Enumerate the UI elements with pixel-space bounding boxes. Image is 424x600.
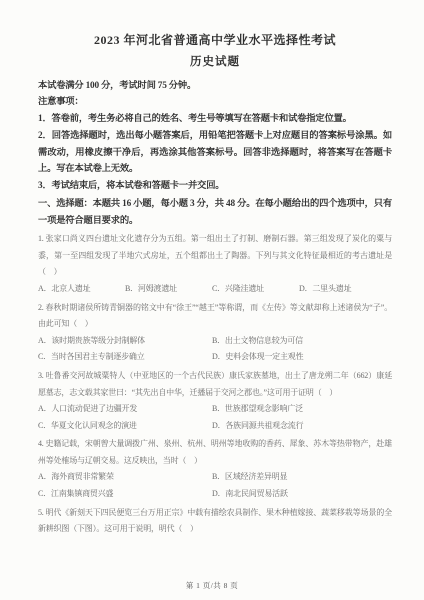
option-d: D．二里头遗址 xyxy=(299,281,392,298)
options-row: A．北京人遗址 B．河姆渡遗址 C．兴隆洼遗址 D．二里头遗址 xyxy=(38,281,392,298)
notice-item-2: 2．回答选择题时，选出每小题答案后，用铅笔把答题卡上对应题目的答案标号涂黑。如需… xyxy=(38,128,392,177)
exam-title: 2023 年河北省普通高中学业水平选择性考试 xyxy=(38,33,392,47)
options-grid: A．该时期贵族等级分封制解体 B．出土文物信息较为可信 C．当时各国君主专制逐步… xyxy=(38,333,392,366)
option-c: C．当时各国君主专制逐步确立 xyxy=(38,349,212,366)
section-heading: 一、选择题：本题共 16 小题，每小题 3 分，共 48 分。在每小题给出的四个… xyxy=(38,196,392,229)
option-a: A．海外商贸非常繁荣 xyxy=(38,469,212,486)
page-footer: 第 1 页/共 8 页 xyxy=(0,580,424,591)
option-d: D．各族同源共祖观念流行 xyxy=(212,418,392,435)
option-a: A．该时期贵族等级分封制解体 xyxy=(38,333,212,350)
option-a: A．北京人遗址 xyxy=(38,281,125,298)
notice-item-3: 3．考试结束后，将本试卷和答题卡一并交回。 xyxy=(38,178,392,194)
question-stem: 3. 吐鲁番交河故城粟特人（中亚地区的一个古代民族）康氏家族墓地，出土了唐龙朔二… xyxy=(38,368,392,401)
page-content: 2023 年河北省普通高中学业水平选择性考试 历史试题 本试卷满分 100 分，… xyxy=(0,0,424,538)
question-2: 2. 春秋时期诸侯所铸青铜器的铭文中有“徐王”“越王”等称谓，而《左传》等文献却… xyxy=(38,300,392,366)
option-c: C．江南集镇商贸兴盛 xyxy=(38,486,212,503)
exam-meta: 本试卷满分 100 分，考试时间 75 分钟。 xyxy=(38,78,392,94)
option-b: B．河姆渡遗址 xyxy=(125,281,212,298)
question-4: 4. 史籍记载，宋朝曾大量调拨广州、泉州、杭州、明州等地收购的香药、犀象、苏木等… xyxy=(38,436,392,502)
option-a: A．人口流动促进了边疆开发 xyxy=(38,401,212,418)
notice-item-1: 1．答卷前，考生务必将自己的姓名、考生号等填写在答题卡和试卷指定位置。 xyxy=(38,111,392,127)
question-stem: 2. 春秋时期诸侯所铸青铜器的铭文中有“徐王”“越王”等称谓，而《左传》等文献却… xyxy=(38,300,392,333)
question-1: 1. 张家口尚义四台遗址文化遗存分为五组。第一组出土了打制、磨制石器。第三组发现… xyxy=(38,231,392,297)
options-grid: A．海外商贸非常繁荣 B．区域经济差异明显 C．江南集镇商贸兴盛 D．南北民间贸… xyxy=(38,469,392,502)
option-b: B．出土文物信息较为可信 xyxy=(212,333,392,350)
question-stem: 5. 明代《新刻天下四民便览三台万用正宗》中载有描绘农具制作、果木种植嫁接、蔬菜… xyxy=(38,505,392,538)
question-5: 5. 明代《新刻天下四民便览三台万用正宗》中载有描绘农具制作、果木种植嫁接、蔬菜… xyxy=(38,505,392,538)
option-c: C．华夏文化认同观念的演进 xyxy=(38,418,212,435)
exam-paper-page: 2023 年河北省普通高中学业水平选择性考试 历史试题 本试卷满分 100 分，… xyxy=(0,0,424,600)
option-d: D．南北民间贸易活跃 xyxy=(212,486,392,503)
option-b: B．世族郡望观念影响广泛 xyxy=(212,401,392,418)
question-3: 3. 吐鲁番交河故城粟特人（中亚地区的一个古代民族）康氏家族墓地，出土了唐龙朔二… xyxy=(38,368,392,434)
options-grid: A．人口流动促进了边疆开发 B．世族郡望观念影响广泛 C．华夏文化认同观念的演进… xyxy=(38,401,392,434)
exam-subtitle: 历史试题 xyxy=(38,56,392,69)
option-d: D．史料会体现一定主观性 xyxy=(212,349,392,366)
question-stem: 1. 张家口尚义四台遗址文化遗存分为五组。第一组出土了打制、磨制石器。第三组发现… xyxy=(38,231,392,281)
question-stem: 4. 史籍记载，宋朝曾大量调拨广州、泉州、杭州、明州等地收购的香药、犀象、苏木等… xyxy=(38,436,392,469)
notes-heading: 注意事项： xyxy=(38,94,392,110)
option-b: B．区域经济差异明显 xyxy=(212,469,392,486)
option-c: C．兴隆洼遗址 xyxy=(212,281,299,298)
